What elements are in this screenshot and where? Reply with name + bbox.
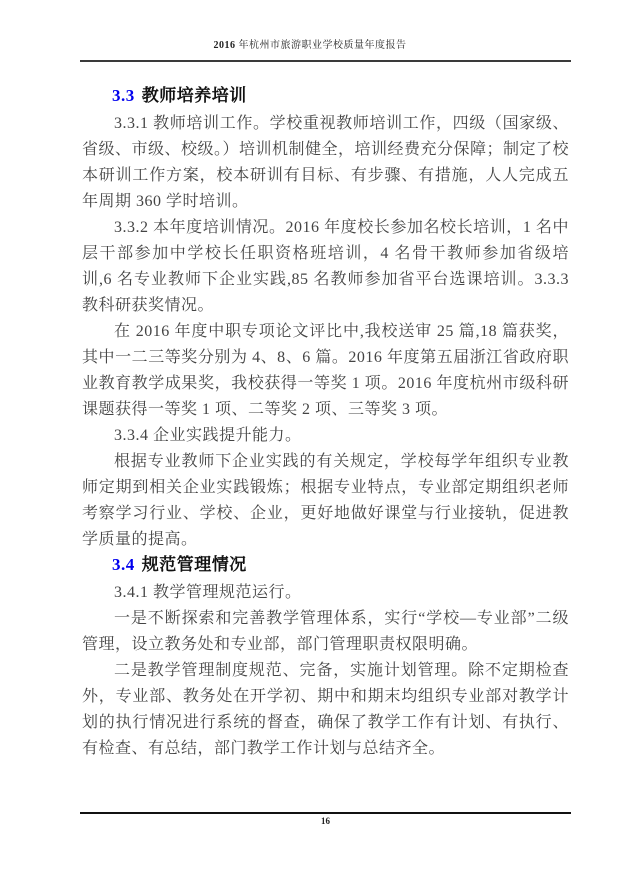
section-number: 3.4	[112, 555, 135, 574]
footer-divider	[80, 812, 571, 814]
paragraph-teacher-training: 3.3.1 教师培训工作。学校重视教师培训工作，四级（国家级、省级、市级、校级。…	[82, 111, 569, 215]
section-heading-3-3: 3.3教师培养培训	[82, 84, 569, 108]
running-header: 2016 年杭州市旅游职业学校质量年度报告	[0, 36, 620, 51]
paragraph-management-title: 3.4.1 教学管理规范运行。	[82, 580, 569, 606]
header-divider	[80, 60, 571, 62]
paragraph-enterprise-practice-title: 3.3.4 企业实践提升能力。	[82, 423, 569, 449]
section-title: 规范管理情况	[142, 555, 247, 574]
header-year: 2016	[214, 40, 236, 51]
section-number: 3.3	[112, 86, 135, 105]
page-number: 16	[80, 816, 571, 826]
document-page: 2016 年杭州市旅游职业学校质量年度报告 3.3教师培养培训 3.3.1 教师…	[0, 0, 620, 877]
paragraph-management-system: 一是不断探索和完善教学管理体系，实行“学校—专业部”二级管理，设立教务处和专业部…	[82, 606, 569, 658]
header-title: 年杭州市旅游职业学校质量年度报告	[236, 40, 407, 51]
paragraph-annual-training: 3.3.2 本年度培训情况。2016 年度校长参加名校长培训，1 名中层干部参加…	[82, 215, 569, 319]
paragraph-enterprise-practice-body: 根据专业教师下企业实践的有关规定，学校每学年组织专业教师定期到相关企业实践锻炼；…	[82, 449, 569, 553]
section-title: 教师培养培训	[142, 86, 247, 105]
page-content: 3.3教师培养培训 3.3.1 教师培训工作。学校重视教师培训工作，四级（国家级…	[82, 84, 569, 762]
section-heading-3-4: 3.4规范管理情况	[82, 553, 569, 577]
paragraph-research-awards: 在 2016 年度中职专项论文评比中,我校送审 25 篇,18 篇获奖，其中一二…	[82, 319, 569, 423]
paragraph-management-rules: 二是教学管理制度规范、完备，实施计划管理。除不定期检查外，专业部、教务处在开学初…	[82, 658, 569, 762]
